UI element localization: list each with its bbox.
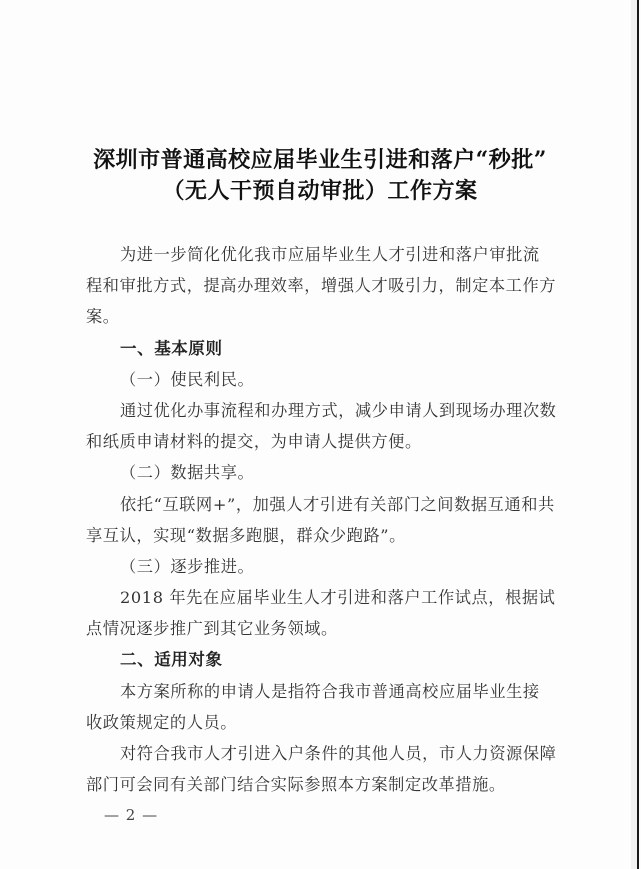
document-title: 深圳市普通高校应届毕业生引进和落户“秒批” （无人干预自动审批）工作方案 <box>60 145 580 207</box>
subsection-1-heading: （一）使民利民。 <box>86 364 560 395</box>
subsection-1-line-1: 通过优化办事流程和办理方式，减少申请人到现场办理次数 <box>86 395 560 426</box>
page-edge-border <box>637 0 639 869</box>
intro-line-1: 为进一步简化优化我市应届毕业生人才引进和落户审批流 <box>86 239 560 270</box>
subsection-2-line-2: 享互认，实现“数据多跑腿，群众少跑路”。 <box>86 520 560 551</box>
intro-line-2: 程和审批方式，提高办理效率，增强人才吸引力，制定本工作方 <box>86 270 560 301</box>
section-2-para-2-line-1: 对符合我市人才引进入户条件的其他人员，市人力资源保障 <box>86 738 560 769</box>
document-body: 为进一步简化优化我市应届毕业生人才引进和落户审批流 程和审批方式，提高办理效率，… <box>86 239 560 800</box>
section-2-para-1-line-2: 收政策规定的人员。 <box>86 707 560 738</box>
title-line-1: 深圳市普通高校应届毕业生引进和落户“秒批” <box>60 145 580 176</box>
subsection-3-heading: （三）逐步推进。 <box>86 551 560 582</box>
section-2-para-2-line-2: 部门可会同有关部门结合实际参照本方案制定改革措施。 <box>86 769 560 800</box>
subsection-3-line-2: 点情况逐步推广到其它业务领域。 <box>86 613 560 644</box>
intro-line-3: 案。 <box>86 301 560 332</box>
section-1-heading: 一、基本原则 <box>86 333 560 364</box>
subsection-2-heading: （二）数据共享。 <box>86 457 560 488</box>
subsection-3-line-1: 2018 年先在应届毕业生人才引进和落户工作试点，根据试 <box>86 582 560 613</box>
subsection-2-line-1: 依托“互联网+”，加强人才引进有关部门之间数据互通和共 <box>86 489 560 520</box>
section-2-para-1-line-1: 本方案所称的申请人是指符合我市普通高校应届毕业生接 <box>86 676 560 707</box>
title-line-2: （无人干预自动审批）工作方案 <box>60 176 580 207</box>
subsection-1-line-2: 和纸质申请材料的提交，为申请人提供方便。 <box>86 426 560 457</box>
section-2-heading: 二、适用对象 <box>86 644 560 675</box>
page-number: — 2 — <box>104 806 158 824</box>
